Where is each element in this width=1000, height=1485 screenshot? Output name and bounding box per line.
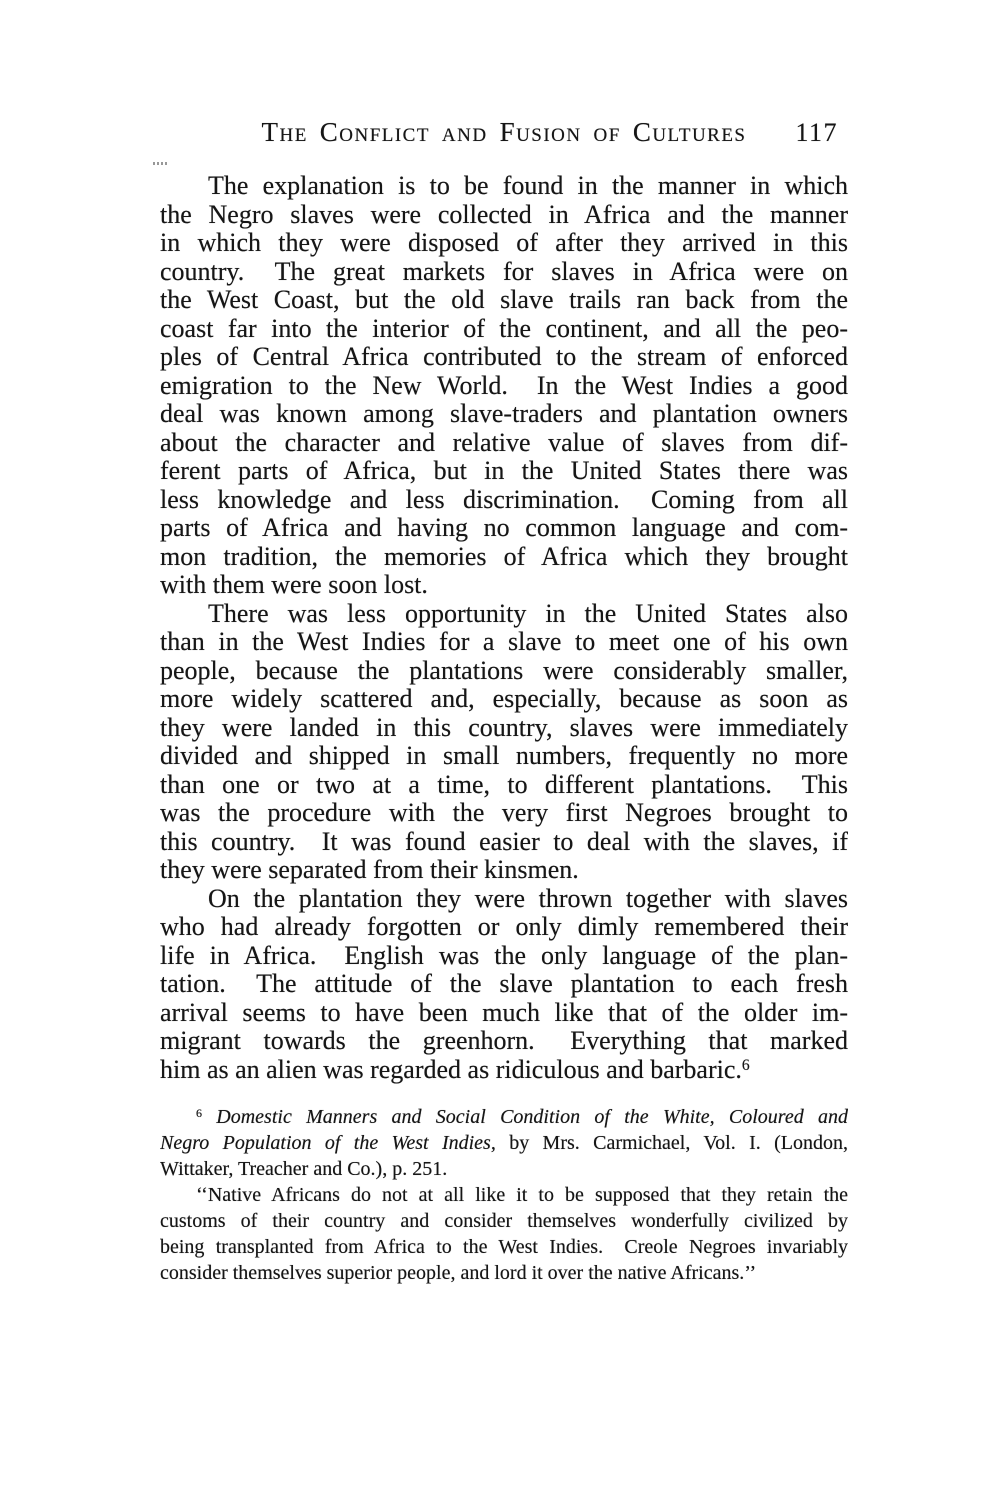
text-line: parts of Africa and having no common lan… <box>160 514 848 543</box>
text-line: in which they were disposed of after the… <box>160 229 848 258</box>
text-line: people, because the plantations were con… <box>160 657 848 686</box>
text-segment: arrival seems to have been much like tha… <box>160 999 848 1027</box>
text-line: emigration to the New World. In the West… <box>160 372 848 401</box>
text-segment: Wittaker, Treacher and Co.), p. 251. <box>160 1158 447 1180</box>
text-segment: migrant towards the greenhorn. Everythin… <box>160 1027 848 1055</box>
text-line: more widely scattered and, especially, b… <box>160 685 848 714</box>
text-line: who had already forgotten or only dimly … <box>160 913 848 942</box>
text-line: life in Africa. English was the only lan… <box>160 942 848 971</box>
text-segment: divided and shipped in small numbers, fr… <box>160 742 848 770</box>
text-segment: less knowledge and less discrimination. … <box>160 486 848 514</box>
page-content: The Conflict and Fusion of Cultures 117 … <box>160 118 848 1286</box>
text-segment: with them were soon lost. <box>160 571 428 599</box>
text-line: they were separated from their kinsmen. <box>160 856 848 885</box>
text-segment: who had already forgotten or only dimly … <box>160 913 848 941</box>
text-segment: Domestic Manners and Social Condition of… <box>216 1106 848 1128</box>
text-line: arrival seems to have been much like tha… <box>160 999 848 1028</box>
text-segment: the Negro slaves were collected in Afric… <box>160 201 848 229</box>
text-line: the West Coast, but the old slave trails… <box>160 286 848 315</box>
scanned-book-page: { "header": { "title": "The Conflict and… <box>0 0 1000 1485</box>
text-segment: coast far into the interior of the conti… <box>160 315 848 343</box>
paragraph-explanation: The explanation is to be found in the ma… <box>160 172 848 600</box>
text-line: divided and shipped in small numbers, fr… <box>160 742 848 771</box>
text-segment: ples of Central Africa contributed to th… <box>160 343 848 371</box>
text-segment: they were separated from their kinsmen. <box>160 856 579 884</box>
text-segment: mon tradition, the memories of Africa wh… <box>160 543 848 571</box>
running-header: The Conflict and Fusion of Cultures 117 <box>160 118 848 146</box>
text-segment: the West Coast, but the old slave trails… <box>160 286 848 314</box>
text-segment: they were landed in this country, slaves… <box>160 714 848 742</box>
footnote-marker: 6 <box>742 1057 750 1074</box>
page-number: 117 <box>795 119 838 147</box>
text-line: There was less opportunity in the United… <box>160 600 848 629</box>
text-line: than in the West Indies for a slave to m… <box>160 628 848 657</box>
text-line: mon tradition, the memories of Africa wh… <box>160 543 848 572</box>
text-line: ‘‘Native Africans do not at all like it … <box>160 1182 848 1208</box>
text-segment: tation. The attitude of the slave planta… <box>160 970 848 998</box>
text-segment <box>202 1106 216 1128</box>
text-segment: than in the West Indies for a slave to m… <box>160 628 848 656</box>
text-line: with them were soon lost. <box>160 571 848 600</box>
text-line: they were landed in this country, slaves… <box>160 714 848 743</box>
text-segment: There was less opportunity in the United… <box>208 600 848 628</box>
text-segment: this country. It was found easier to dea… <box>160 828 848 856</box>
text-segment: ‘‘Native Africans do not at all like it … <box>196 1184 848 1206</box>
text-segment: being transplanted from Africa to the We… <box>160 1236 848 1258</box>
text-line: coast far into the interior of the conti… <box>160 315 848 344</box>
text-line: 6 Domestic Manners and Social Condition … <box>160 1104 848 1130</box>
text-line: was the procedure with the very first Ne… <box>160 799 848 828</box>
body-text: The explanation is to be found in the ma… <box>160 172 848 1084</box>
text-segment: ferent parts of Africa, but in the Unite… <box>160 457 848 485</box>
text-segment: country. The great markets for slaves in… <box>160 258 848 286</box>
text-segment: him as an alien was regarded as ridiculo… <box>160 1056 742 1084</box>
text-line: ples of Central Africa contributed to th… <box>160 343 848 372</box>
text-line: deal was known among slave-traders and p… <box>160 400 848 429</box>
text-segment: consider themselves superior people, and… <box>160 1262 756 1284</box>
text-segment: On the plantation they were thrown toget… <box>208 885 848 913</box>
text-segment: more widely scattered and, especially, b… <box>160 685 848 713</box>
text-line: less knowledge and less discrimination. … <box>160 486 848 515</box>
text-line: him as an alien was regarded as ridiculo… <box>160 1056 848 1085</box>
text-segment: people, because the plantations were con… <box>160 657 848 685</box>
text-line: ferent parts of Africa, but in the Unite… <box>160 457 848 486</box>
text-segment: than one or two at a time, to different … <box>160 771 848 799</box>
text-line: Wittaker, Treacher and Co.), p. 251. <box>160 1156 848 1182</box>
text-line: The explanation is to be found in the ma… <box>160 172 848 201</box>
text-line: tation. The attitude of the slave planta… <box>160 970 848 999</box>
text-segment: was the procedure with the very first Ne… <box>160 799 848 827</box>
text-line: consider themselves superior people, and… <box>160 1260 848 1286</box>
text-line: migrant towards the greenhorn. Everythin… <box>160 1027 848 1056</box>
text-segment: Negro Population of the West Indies, <box>160 1132 496 1154</box>
text-segment: by Mrs. Carmichael, Vol. I. (London, <box>496 1132 848 1154</box>
text-segment: parts of Africa and having no common lan… <box>160 514 848 542</box>
text-segment: customs of their country and consider th… <box>160 1210 848 1232</box>
text-line: than one or two at a time, to different … <box>160 771 848 800</box>
text-line: Negro Population of the West Indies, by … <box>160 1130 848 1156</box>
paragraph-on-the-plantation: On the plantation they were thrown toget… <box>160 885 848 1085</box>
running-header-title: The Conflict and Fusion of Cultures <box>160 118 848 146</box>
text-line: On the plantation they were thrown toget… <box>160 885 848 914</box>
text-line: country. The great markets for slaves in… <box>160 258 848 287</box>
text-segment: The explanation is to be found in the ma… <box>208 172 848 200</box>
text-line: being transplanted from Africa to the We… <box>160 1234 848 1260</box>
text-line: this country. It was found easier to dea… <box>160 828 848 857</box>
text-segment: deal was known among slave-traders and p… <box>160 400 848 428</box>
text-segment: in which they were disposed of after the… <box>160 229 848 257</box>
text-line: the Negro slaves were collected in Afric… <box>160 201 848 230</box>
text-segment: life in Africa. English was the only lan… <box>160 942 848 970</box>
text-line: customs of their country and consider th… <box>160 1208 848 1234</box>
text-segment: about the character and relative value o… <box>160 429 848 457</box>
paragraph-less-opportunity: There was less opportunity in the United… <box>160 600 848 885</box>
footnote-section: 6 Domestic Manners and Social Condition … <box>160 1104 848 1286</box>
text-line: about the character and relative value o… <box>160 429 848 458</box>
text-segment: emigration to the New World. In the West… <box>160 372 848 400</box>
